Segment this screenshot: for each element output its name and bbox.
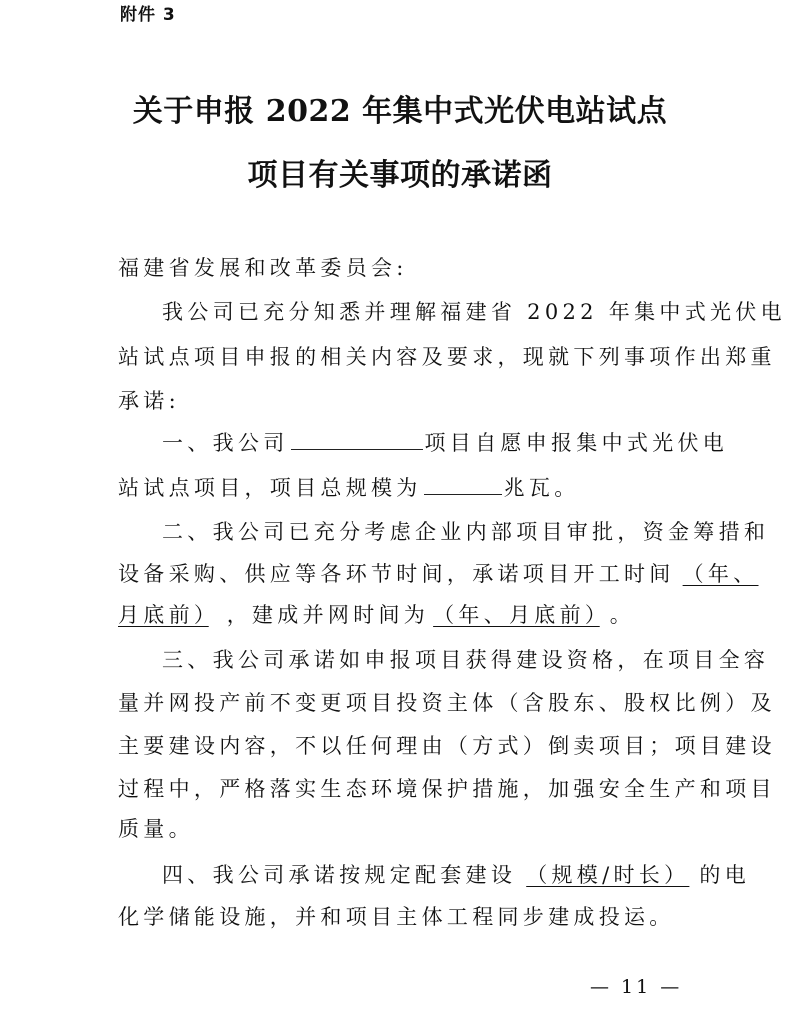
intro-line-3: 承诺: (118, 387, 690, 415)
attachment-label: 附件 3 (120, 0, 176, 25)
salutation: 福建省发展和改革委员会: (118, 254, 690, 282)
item1-line-1: 一、我公司项目自愿申报集中式光伏电 (118, 429, 734, 457)
item3-line-3: 主要建设内容，不以任何理由（方式）倒卖项目；项目建设 (118, 732, 690, 760)
item4-line-1-post: 的电 (699, 863, 750, 887)
grid-connection-time-field[interactable]: （年、月底前） (429, 603, 610, 627)
start-time-field-part2[interactable]: 月底前） (118, 603, 227, 627)
item2-line-2: 设备采购、供应等各环节时间，承诺项目开工时间（年、 (118, 560, 690, 588)
intro-line-1: 我公司已充分知悉并理解福建省 2022 年集中式光伏电 (118, 298, 734, 326)
item3-line-1: 三、我公司承诺如申报项目获得建设资格，在项目全容 (118, 646, 734, 674)
item3-line-2: 量并网投产前不变更项目投资主体（含股东、股权比例）及 (118, 689, 690, 717)
item2-line-2-pre: 设备采购、供应等各环节时间，承诺项目开工时间 (118, 562, 675, 586)
project-name-blank[interactable] (291, 429, 423, 450)
item3-line-5: 质量。 (118, 815, 690, 843)
item4-line-1-pre: 四、我公司承诺按规定配套建设 (162, 863, 516, 887)
page-number: — 11 — (590, 976, 682, 998)
item2-line-3-mid: ，建成并网时间为 (227, 603, 429, 627)
item1-line-1-post: 项目自愿申报集中式光伏电 (425, 431, 729, 455)
start-time-field-part1[interactable]: （年、 (675, 562, 759, 586)
item2-line-1: 二、我公司已充分考虑企业内部项目审批，资金筹措和 (118, 518, 734, 546)
document-title-line-2: 项目有关事项的承诺函 (0, 150, 800, 194)
item1-line-2: 站试点项目，项目总规模为兆瓦。 (118, 474, 690, 502)
item4-line-2: 化学储能设施，并和项目主体工程同步建成投运。 (118, 903, 690, 931)
item1-line-2-post: 兆瓦。 (504, 476, 580, 500)
intro-line-2: 站试点项目申报的相关内容及要求，现就下列事项作出郑重 (118, 343, 690, 371)
item3-line-4: 过程中，严格落实生态环境保护措施，加强安全生产和项目 (118, 775, 690, 803)
item1-line-1-pre: 一、我公司 (162, 431, 289, 455)
item1-line-2-pre: 站试点项目，项目总规模为 (118, 476, 422, 500)
item4-line-1: 四、我公司承诺按规定配套建设（规模/时长）的电 (118, 861, 734, 889)
storage-scale-field[interactable]: （规模/时长） (516, 863, 699, 887)
item2-line-3-post: 。 (610, 603, 635, 627)
item2-line-3: 月底前），建成并网时间为（年、月底前）。 (118, 601, 690, 629)
capacity-blank[interactable] (424, 474, 502, 495)
document-title-line-1: 关于申报 2022 年集中式光伏电站试点 (0, 86, 800, 130)
